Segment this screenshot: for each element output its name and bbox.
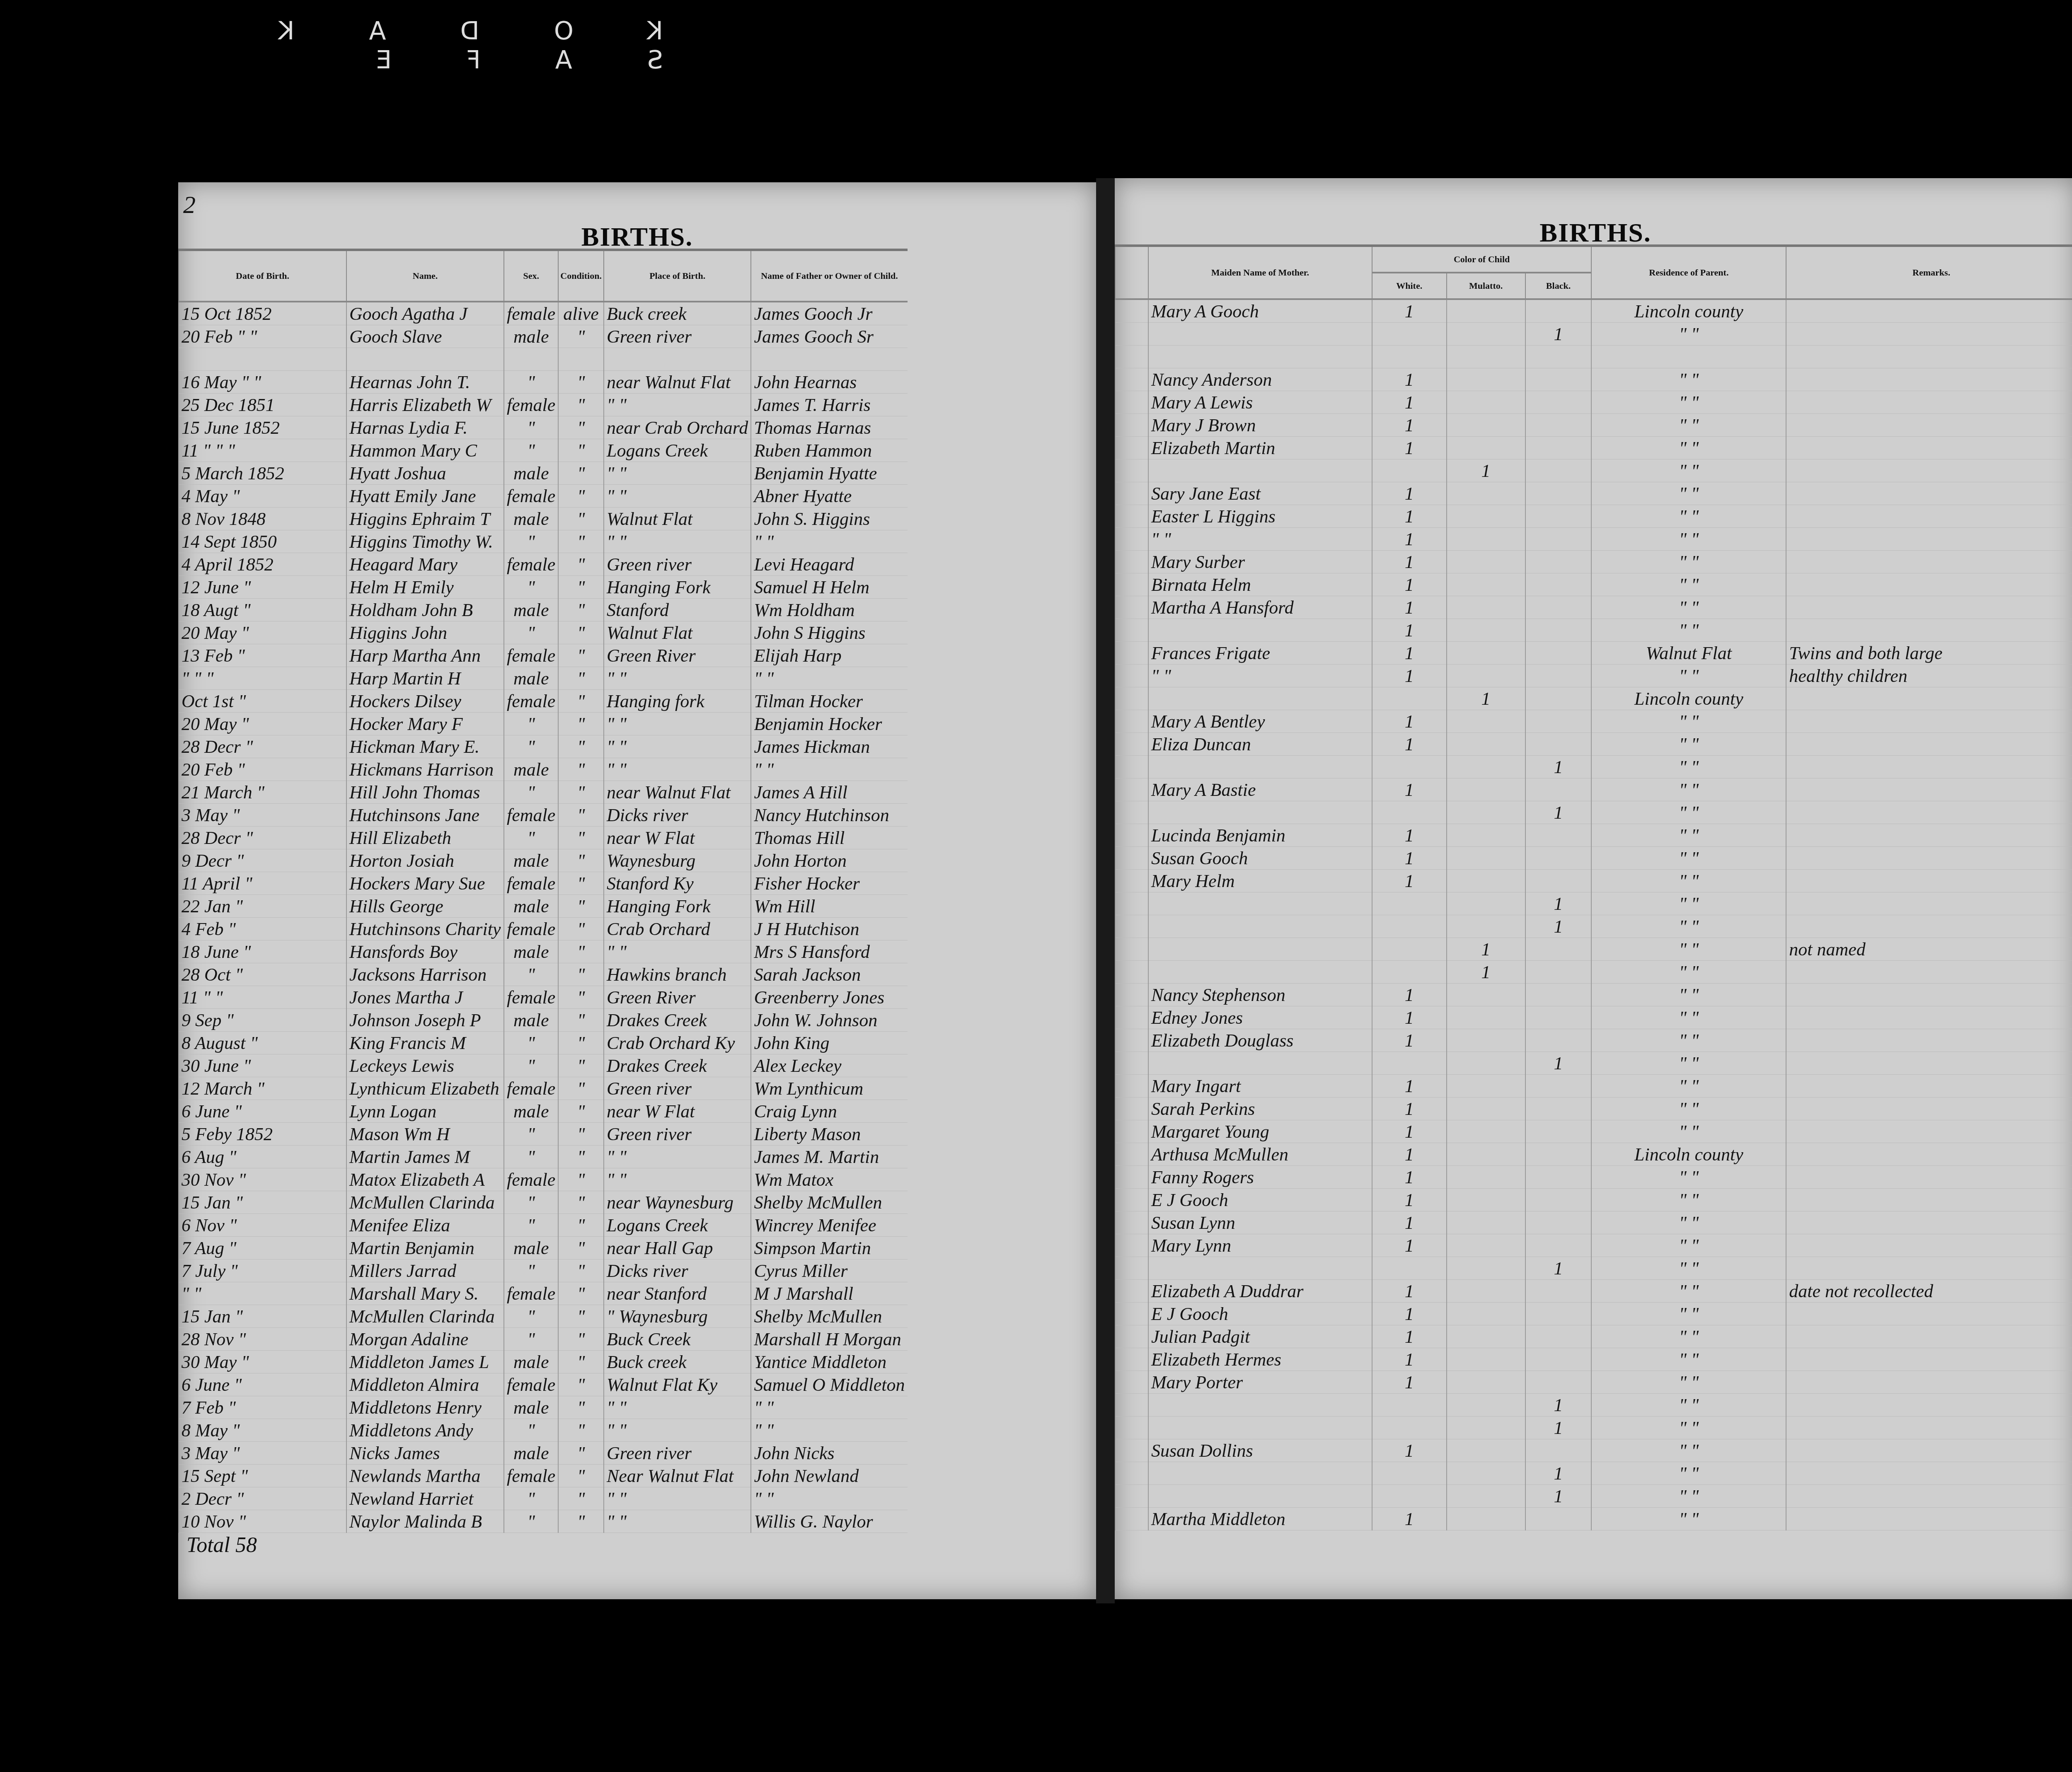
cell-place: " ": [604, 1396, 751, 1419]
cell-mother: [1148, 1462, 1372, 1485]
cell-remarks: [1786, 847, 2072, 870]
cell-white: 1: [1372, 1006, 1447, 1029]
cell-blank: [1115, 847, 1148, 870]
cell-remarks: [1786, 1257, 2072, 1280]
cell-mother: Julian Padgit: [1148, 1325, 1372, 1348]
cell-blank: [1115, 733, 1148, 756]
cell-name: Middleton Almira: [346, 1373, 504, 1396]
cell-name: Higgins Ephraim T: [346, 508, 504, 530]
cell-mulatto: [1447, 847, 1525, 870]
cell-name: Hockers Mary Sue: [346, 872, 504, 895]
cell-father: Elijah Harp: [751, 644, 907, 667]
cell-mulatto: [1447, 391, 1525, 414]
cell-place: near Walnut Flat: [604, 781, 751, 804]
cell-name: Middletons Andy: [346, 1419, 504, 1442]
cell-black: [1525, 1325, 1592, 1348]
table-row: 12 March "Lynthicum Elizabethfemale"Gree…: [179, 1077, 908, 1100]
cell-date: 11 " " ": [179, 439, 346, 462]
table-row: 28 Oct "Jacksons Harrison""Hawkins branc…: [179, 963, 908, 986]
cell-mother: Mary Ingart: [1148, 1075, 1372, 1098]
cell-blank: [1115, 391, 1148, 414]
cell-place: " ": [604, 758, 751, 781]
cell-mother: [1148, 961, 1372, 984]
table-row: 16 May " "Hearnas John T.""near Walnut F…: [179, 371, 908, 394]
cell-remarks: [1786, 551, 2072, 573]
table-row: 6 June "Middleton Almirafemale"Walnut Fl…: [179, 1373, 908, 1396]
cell-place: Waynesburg: [604, 849, 751, 872]
cell-date: Oct 1st ": [179, 690, 346, 713]
cell-remarks: [1786, 459, 2072, 482]
cell-mother: Mary Surber: [1148, 551, 1372, 573]
cell-mulatto: [1447, 1485, 1525, 1508]
cell-place: " ": [604, 1419, 751, 1442]
cell-place: Buck Creek: [604, 1328, 751, 1351]
cell-mother: Fanny Rogers: [1148, 1166, 1372, 1189]
cell-name: Martin Benjamin: [346, 1237, 504, 1259]
cell-place: [604, 348, 751, 371]
right-table-body: Mary A Gooch1Lincoln county1" "Nancy And…: [1115, 299, 2072, 1530]
cell-name: King Francis M: [346, 1032, 504, 1054]
cell-place: " Waynesburg: [604, 1305, 751, 1328]
cell-blank: [1115, 368, 1148, 391]
cell-date: 13 Feb ": [179, 644, 346, 667]
cell-date: 5 Feby 1852: [179, 1123, 346, 1146]
cell-mother: Susan Dollins: [1148, 1439, 1372, 1462]
cell-date: " " ": [179, 667, 346, 690]
total-count: Total 58: [186, 1533, 257, 1557]
cell-father: Shelby McMullen: [751, 1305, 907, 1328]
cell-blank: [1115, 1143, 1148, 1166]
column-header-blank: [1115, 246, 1148, 299]
cell-mulatto: [1447, 1257, 1525, 1280]
cell-date: 7 Feb ": [179, 1396, 346, 1419]
cell-residence: " ": [1591, 1098, 1786, 1120]
table-row: 20 Feb " "Gooch Slavemale"Green riverJam…: [179, 325, 908, 348]
page-title: BIRTHS.: [178, 222, 1096, 252]
cell-father: Sarah Jackson: [751, 963, 907, 986]
table-row: 1" ": [1115, 892, 2072, 915]
table-row: 28 Decr "Hill Elizabeth""near W FlatThom…: [179, 827, 908, 849]
cell-black: [1525, 299, 1592, 323]
cell-remarks: [1786, 1508, 2072, 1530]
cell-white: 1: [1372, 824, 1447, 847]
cell-date: 4 Feb ": [179, 918, 346, 940]
cell-remarks: [1786, 323, 2072, 346]
column-header-name: Name.: [346, 250, 504, 302]
cell-mulatto: [1447, 551, 1525, 573]
cell-mulatto: [1447, 1052, 1525, 1075]
cell-place: Green river: [604, 325, 751, 348]
cell-place: Green river: [604, 1442, 751, 1465]
table-row: Elizabeth Martin1" ": [1115, 437, 2072, 459]
cell-white: [1372, 801, 1447, 824]
table-row: 2 Decr "Newland Harriet""" "" ": [179, 1487, 908, 1510]
cell-blank: [1115, 482, 1148, 505]
table-row: 1" ": [1115, 619, 2072, 642]
table-row: 30 May "Middleton James Lmale"Buck creek…: [179, 1351, 908, 1373]
cell-white: [1372, 1394, 1447, 1417]
cell-condition: ": [558, 1373, 604, 1396]
cell-sex: female: [504, 1373, 558, 1396]
cell-mulatto: [1447, 1189, 1525, 1211]
cell-mulatto: [1447, 1508, 1525, 1530]
cell-mother: Easter L Higgins: [1148, 505, 1372, 528]
cell-blank: [1115, 824, 1148, 847]
cell-residence: Lincoln county: [1591, 687, 1786, 710]
cell-name: Johnson Joseph P: [346, 1009, 504, 1032]
cell-name: Jacksons Harrison: [346, 963, 504, 986]
cell-condition: ": [558, 758, 604, 781]
cell-condition: ": [558, 1168, 604, 1191]
cell-condition: ": [558, 781, 604, 804]
cell-mother: Arthusa McMullen: [1148, 1143, 1372, 1166]
cell-father: James Gooch Sr: [751, 325, 907, 348]
cell-residence: " ": [1591, 1120, 1786, 1143]
cell-mother: Martha A Hansford: [1148, 596, 1372, 619]
cell-date: 28 Oct ": [179, 963, 346, 986]
cell-sex: male: [504, 1351, 558, 1373]
table-row: 7 Feb "Middletons Henrymale"" "" ": [179, 1396, 908, 1419]
cell-remarks: [1786, 892, 2072, 915]
column-header-place: Place of Birth.: [604, 250, 751, 302]
cell-white: [1372, 323, 1447, 346]
cell-sex: female: [504, 644, 558, 667]
table-row: 7 Aug "Martin Benjaminmale"near Hall Gap…: [179, 1237, 908, 1259]
column-header-mother: Maiden Name of Mother.: [1148, 246, 1372, 299]
cell-father: Wm Holdham: [751, 599, 907, 621]
cell-father: Benjamin Hocker: [751, 713, 907, 735]
cell-mulatto: [1447, 824, 1525, 847]
table-row: 1" "not named: [1115, 938, 2072, 961]
cell-black: [1525, 1166, 1592, 1189]
cell-white: [1372, 1052, 1447, 1075]
cell-white: 1: [1372, 1371, 1447, 1394]
cell-mother: Edney Jones: [1148, 1006, 1372, 1029]
cell-remarks: [1786, 870, 2072, 892]
cell-remarks: [1786, 733, 2072, 756]
cell-father: " ": [751, 667, 907, 690]
cell-mother: Lucinda Benjamin: [1148, 824, 1372, 847]
cell-black: [1525, 642, 1592, 665]
cell-sex: male: [504, 849, 558, 872]
table-row: Martha A Hansford1" ": [1115, 596, 2072, 619]
cell-residence: " ": [1591, 1485, 1786, 1508]
cell-sex: female: [504, 1168, 558, 1191]
table-row: Susan Gooch1" ": [1115, 847, 2072, 870]
cell-mulatto: [1447, 414, 1525, 437]
cell-white: [1372, 1462, 1447, 1485]
cell-father: Liberty Mason: [751, 1123, 907, 1146]
cell-mulatto: [1447, 915, 1525, 938]
cell-date: 16 May " ": [179, 371, 346, 394]
table-row: 18 Augt "Holdham John Bmale"StanfordWm H…: [179, 599, 908, 621]
table-row: 10 Nov "Naylor Malinda B""" "Willis G. N…: [179, 1510, 908, 1533]
table-row: 1" ": [1115, 459, 2072, 482]
cell-residence: Walnut Flat: [1591, 642, 1786, 665]
cell-mulatto: [1447, 1006, 1525, 1029]
cell-mother: Elizabeth A Duddrar: [1148, 1280, 1372, 1303]
cell-place: Green river: [604, 553, 751, 576]
cell-father: Willis G. Naylor: [751, 1510, 907, 1533]
cell-black: [1525, 346, 1592, 368]
cell-mother: Elizabeth Douglass: [1148, 1029, 1372, 1052]
cell-remarks: [1786, 482, 2072, 505]
cell-residence: " ": [1591, 778, 1786, 801]
cell-sex: female: [504, 394, 558, 416]
cell-place: Near Walnut Flat: [604, 1465, 751, 1487]
cell-remarks: [1786, 1120, 2072, 1143]
cell-white: [1372, 892, 1447, 915]
cell-blank: [1115, 1211, 1148, 1234]
cell-white: 1: [1372, 1075, 1447, 1098]
cell-mulatto: [1447, 528, 1525, 551]
cell-white: 1: [1372, 414, 1447, 437]
cell-residence: " ": [1591, 915, 1786, 938]
table-row: " "1" "healthy children: [1115, 665, 2072, 687]
table-row: 1" ": [1115, 1052, 2072, 1075]
cell-date: 8 Nov 1848: [179, 508, 346, 530]
cell-date: 4 April 1852: [179, 553, 346, 576]
cell-date: 20 May ": [179, 621, 346, 644]
cell-residence: " ": [1591, 528, 1786, 551]
table-row: 20 Feb "Hickmans Harrisonmale"" "" ": [179, 758, 908, 781]
cell-remarks: [1786, 756, 2072, 778]
cell-remarks: [1786, 299, 2072, 323]
cell-father: John Hearnas: [751, 371, 907, 394]
cell-name: Hyatt Emily Jane: [346, 485, 504, 508]
cell-place: Stanford Ky: [604, 872, 751, 895]
table-row: " " "Harp Martin Hmale"" "" ": [179, 667, 908, 690]
cell-white: 1: [1372, 1280, 1447, 1303]
column-header-date: Date of Birth.: [179, 250, 346, 302]
cell-mulatto: [1447, 1029, 1525, 1052]
cell-white: 1: [1372, 1348, 1447, 1371]
cell-name: Lynn Logan: [346, 1100, 504, 1123]
cell-black: [1525, 551, 1592, 573]
cell-condition: ": [558, 849, 604, 872]
cell-mother: Mary J Brown: [1148, 414, 1372, 437]
cell-blank: [1115, 299, 1148, 323]
cell-place: Hanging Fork: [604, 576, 751, 599]
cell-date: 6 June ": [179, 1100, 346, 1123]
cell-sex: ": [504, 1214, 558, 1237]
cell-white: 1: [1372, 573, 1447, 596]
cell-condition: ": [558, 1009, 604, 1032]
cell-place: " ": [604, 667, 751, 690]
table-row: 1" ": [1115, 801, 2072, 824]
cell-blank: [1115, 323, 1148, 346]
cell-residence: " ": [1591, 1417, 1786, 1439]
cell-mulatto: 1: [1447, 459, 1525, 482]
cell-white: [1372, 1257, 1447, 1280]
cell-father: " ": [751, 1487, 907, 1510]
table-row: 6 Aug "Martin James M""" "James M. Marti…: [179, 1146, 908, 1168]
cell-remarks: not named: [1786, 938, 2072, 961]
cell-name: Martin James M: [346, 1146, 504, 1168]
cell-mother: [1148, 323, 1372, 346]
cell-sex: ": [504, 621, 558, 644]
table-row: Fanny Rogers1" ": [1115, 1166, 2072, 1189]
cell-date: 7 July ": [179, 1259, 346, 1282]
cell-blank: [1115, 984, 1148, 1006]
cell-blank: [1115, 1166, 1148, 1189]
cell-condition: ": [558, 667, 604, 690]
cell-sex: female: [504, 690, 558, 713]
cell-father: Cyrus Miller: [751, 1259, 907, 1282]
cell-blank: [1115, 665, 1148, 687]
cell-residence: " ": [1591, 1189, 1786, 1211]
cell-remarks: healthy children: [1786, 665, 2072, 687]
cell-name: Holdham John B: [346, 599, 504, 621]
cell-condition: ": [558, 530, 604, 553]
table-row: Elizabeth Douglass1" ": [1115, 1029, 2072, 1052]
table-row: 4 May "Hyatt Emily Janefemale"" "Abner H…: [179, 485, 908, 508]
cell-father: M J Marshall: [751, 1282, 907, 1305]
table-row: 6 June "Lynn Loganmale"near W FlatCraig …: [179, 1100, 908, 1123]
cell-blank: [1115, 756, 1148, 778]
cell-name: Hyatt Joshua: [346, 462, 504, 485]
cell-condition: ": [558, 1032, 604, 1054]
table-row: 15 Oct 1852Gooch Agatha JfemalealiveBuck…: [179, 302, 908, 325]
table-row: 1" ": [1115, 323, 2072, 346]
cell-white: 1: [1372, 482, 1447, 505]
cell-name: Hickman Mary E.: [346, 735, 504, 758]
cell-sex: ": [504, 1146, 558, 1168]
cell-condition: ": [558, 416, 604, 439]
cell-white: 1: [1372, 1439, 1447, 1462]
cell-condition: ": [558, 804, 604, 827]
cell-date: 6 Nov ": [179, 1214, 346, 1237]
table-row: Mary A Gooch1Lincoln county: [1115, 299, 2072, 323]
cell-blank: [1115, 1348, 1148, 1371]
table-row: Mary A Bentley1" ": [1115, 710, 2072, 733]
cell-black: [1525, 870, 1592, 892]
cell-remarks: [1786, 1006, 2072, 1029]
cell-remarks: date not recollected: [1786, 1280, 2072, 1303]
cell-residence: " ": [1591, 1075, 1786, 1098]
cell-condition: ": [558, 1237, 604, 1259]
cell-residence: " ": [1591, 551, 1786, 573]
cell-sex: male: [504, 1009, 558, 1032]
cell-place: " ": [604, 485, 751, 508]
cell-place: Walnut Flat Ky: [604, 1373, 751, 1396]
cell-mulatto: [1447, 505, 1525, 528]
cell-remarks: [1786, 801, 2072, 824]
cell-father: Shelby McMullen: [751, 1191, 907, 1214]
cell-mother: Mary A Gooch: [1148, 299, 1372, 323]
cell-blank: [1115, 801, 1148, 824]
cell-date: 14 Sept 1850: [179, 530, 346, 553]
column-header-mulatto: Mulatto.: [1447, 273, 1525, 299]
cell-blank: [1115, 915, 1148, 938]
cell-blank: [1115, 1257, 1148, 1280]
cell-place: " ": [604, 1168, 751, 1191]
cell-mother: Sarah Perkins: [1148, 1098, 1372, 1120]
cell-date: 7 Aug ": [179, 1237, 346, 1259]
cell-date: 15 June 1852: [179, 416, 346, 439]
cell-blank: [1115, 573, 1148, 596]
cell-place: near Waynesburg: [604, 1191, 751, 1214]
column-header-remarks: Remarks.: [1786, 246, 2072, 299]
cell-mulatto: [1447, 1417, 1525, 1439]
cell-remarks: [1786, 1325, 2072, 1348]
cell-blank: [1115, 1075, 1148, 1098]
cell-father: Wincrey Menifee: [751, 1214, 907, 1237]
cell-sex: male: [504, 1100, 558, 1123]
cell-father: " ": [751, 1419, 907, 1442]
cell-mulatto: [1447, 1075, 1525, 1098]
cell-father: Yantice Middleton: [751, 1351, 907, 1373]
cell-mulatto: [1447, 1234, 1525, 1257]
table-row: Easter L Higgins1" ": [1115, 505, 2072, 528]
cell-blank: [1115, 1508, 1148, 1530]
table-row: 15 June 1852Harnas Lydia F.""near Crab O…: [179, 416, 908, 439]
cell-mother: [1148, 459, 1372, 482]
cell-mulatto: [1447, 642, 1525, 665]
cell-date: 28 Decr ": [179, 827, 346, 849]
table-row: 3 May "Hutchinsons Janefemale"Dicks rive…: [179, 804, 908, 827]
births-table-left: Date of Birth. Name. Sex. Condition. Pla…: [178, 249, 908, 1533]
cell-date: 15 Jan ": [179, 1305, 346, 1328]
cell-place: Drakes Creek: [604, 1009, 751, 1032]
cell-mulatto: [1447, 710, 1525, 733]
cell-mother: [1148, 1052, 1372, 1075]
cell-white: 1: [1372, 1325, 1447, 1348]
cell-sex: ": [504, 371, 558, 394]
cell-father: Tilman Hocker: [751, 690, 907, 713]
cell-condition: ": [558, 872, 604, 895]
cell-name: McMullen Clarinda: [346, 1305, 504, 1328]
cell-condition: ": [558, 576, 604, 599]
cell-condition: ": [558, 508, 604, 530]
cell-sex: male: [504, 462, 558, 485]
cell-date: 30 June ": [179, 1054, 346, 1077]
cell-date: 18 June ": [179, 940, 346, 963]
cell-white: 1: [1372, 733, 1447, 756]
cell-sex: [504, 348, 558, 371]
cell-father: " ": [751, 530, 907, 553]
cell-sex: female: [504, 553, 558, 576]
table-row: 1" ": [1115, 1257, 2072, 1280]
cell-sex: ": [504, 1032, 558, 1054]
table-row: 11 April "Hockers Mary Suefemale"Stanfor…: [179, 872, 908, 895]
cell-white: 1: [1372, 528, 1447, 551]
cell-residence: " ": [1591, 710, 1786, 733]
cell-father: [751, 348, 907, 371]
cell-name: Newlands Martha: [346, 1465, 504, 1487]
cell-father: John S Higgins: [751, 621, 907, 644]
cell-place: Dicks river: [604, 804, 751, 827]
cell-father: Levi Heagard: [751, 553, 907, 576]
cell-place: Green River: [604, 986, 751, 1009]
cell-place: " ": [604, 394, 751, 416]
cell-black: [1525, 368, 1592, 391]
cell-mother: Eliza Duncan: [1148, 733, 1372, 756]
cell-blank: [1115, 1325, 1148, 1348]
cell-residence: " ": [1591, 368, 1786, 391]
cell-sex: ": [504, 1259, 558, 1282]
cell-blank: [1115, 619, 1148, 642]
table-row: Nancy Stephenson1" ": [1115, 984, 2072, 1006]
cell-white: 1: [1372, 1211, 1447, 1234]
cell-mulatto: [1447, 801, 1525, 824]
cell-blank: [1115, 1417, 1148, 1439]
cell-name: Hansfords Boy: [346, 940, 504, 963]
cell-condition: ": [558, 1396, 604, 1419]
cell-mulatto: [1447, 573, 1525, 596]
cell-remarks: [1786, 915, 2072, 938]
book-gutter: [1096, 178, 1115, 1603]
